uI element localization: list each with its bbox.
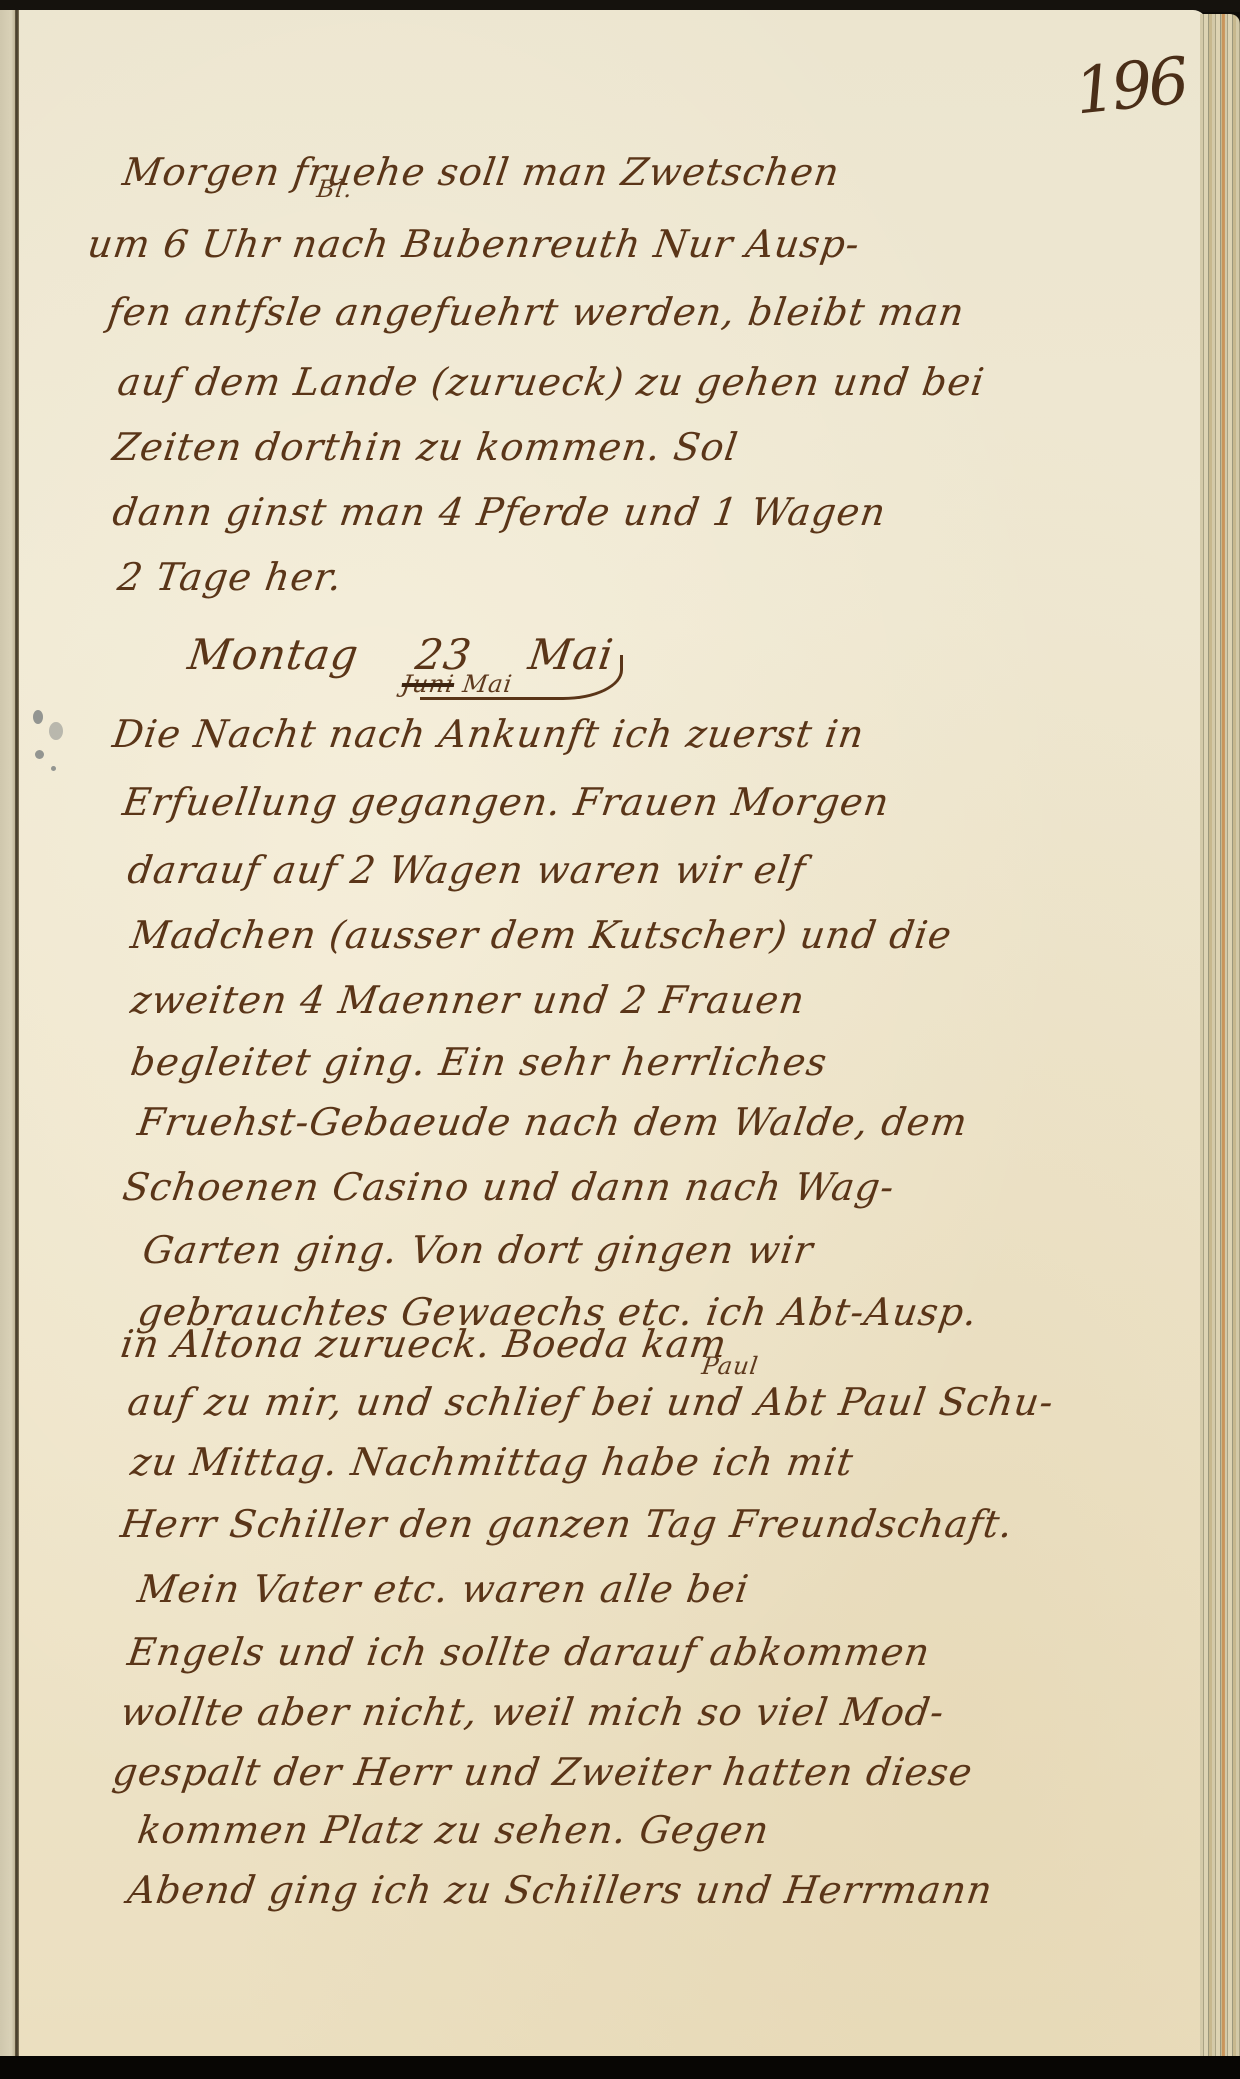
heading-weekday: Montag [185,630,362,679]
text-line: Herr Schiller den ganzen Tag Freundschaf… [118,1502,1016,1546]
facing-page-edge [0,10,16,2056]
page-edge-stain [1222,14,1225,2056]
text-line: gespalt der Herr und Zweiter hatten dies… [110,1750,976,1794]
text-line: in Altona zurueck. Boeda kam [118,1322,730,1366]
text-line: zweiten 4 Maenner und 2 Frauen [128,978,808,1022]
text-line: zu Mittag. Nachmittag habe ich mit [128,1440,856,1484]
text-line: um 6 Uhr nach Bubenreuth Nur Ausp- [85,222,863,266]
text-line: Engels und ich sollte darauf abkommen [125,1630,933,1674]
page-number: 196 [1071,44,1188,129]
text-line: auf zu mir, und schlief bei und Abt Paul… [125,1380,1057,1424]
manuscript-scan: 196 Morgen fruehe soll man Zwetschen Bl.… [0,0,1240,2079]
text-line: darauf auf 2 Wagen waren wir elf [125,848,809,892]
stacked-page-edges [1200,14,1240,2056]
text-line: begleitet ging. Ein sehr herrliches [128,1040,830,1084]
text-line: auf dem Lande (zurueck) zu gehen und bei [115,360,988,404]
ink-blot [33,710,43,724]
text-line: dann ginst man 4 Pferde und 1 Wagen [110,490,889,534]
ink-blot [35,750,44,759]
text-line: Madchen (ausser dem Kutscher) und die [128,913,955,957]
text-line: Abend ging ich zu Schillers und Herrmann [125,1868,996,1912]
scan-bottom-border [0,2056,1240,2079]
ink-blot [51,766,56,771]
text-line: fen antfsle angefuehrt werden, bleibt ma… [105,290,968,334]
text-line: Morgen fruehe soll man Zwetschen [120,150,843,194]
text-line: Fruehst-Gebaeude nach dem Walde, dem [135,1100,971,1144]
text-line: Erfuellung gegangen. Frauen Morgen [120,780,892,824]
heading-bracket [420,655,623,700]
text-line: Zeiten dorthin zu kommen. Sol [110,425,741,469]
interlinear-insertion: Bl. [315,175,355,203]
interlinear-insertion: Paul [700,1352,760,1380]
ink-blot [49,722,63,740]
text-line: Mein Vater etc. waren alle bei [135,1567,752,1611]
text-line: 2 Tage her. [115,555,345,599]
text-line: Garten ging. Von dort gingen wir [140,1228,816,1272]
text-line: kommen Platz zu sehen. Gegen [135,1808,772,1852]
text-line: wollte aber nicht, weil mich so viel Mod… [118,1690,947,1734]
text-line: Die Nacht nach Ankunft ich zuerst in [110,712,867,756]
text-line: Schoenen Casino und dann nach Wag- [120,1165,898,1209]
